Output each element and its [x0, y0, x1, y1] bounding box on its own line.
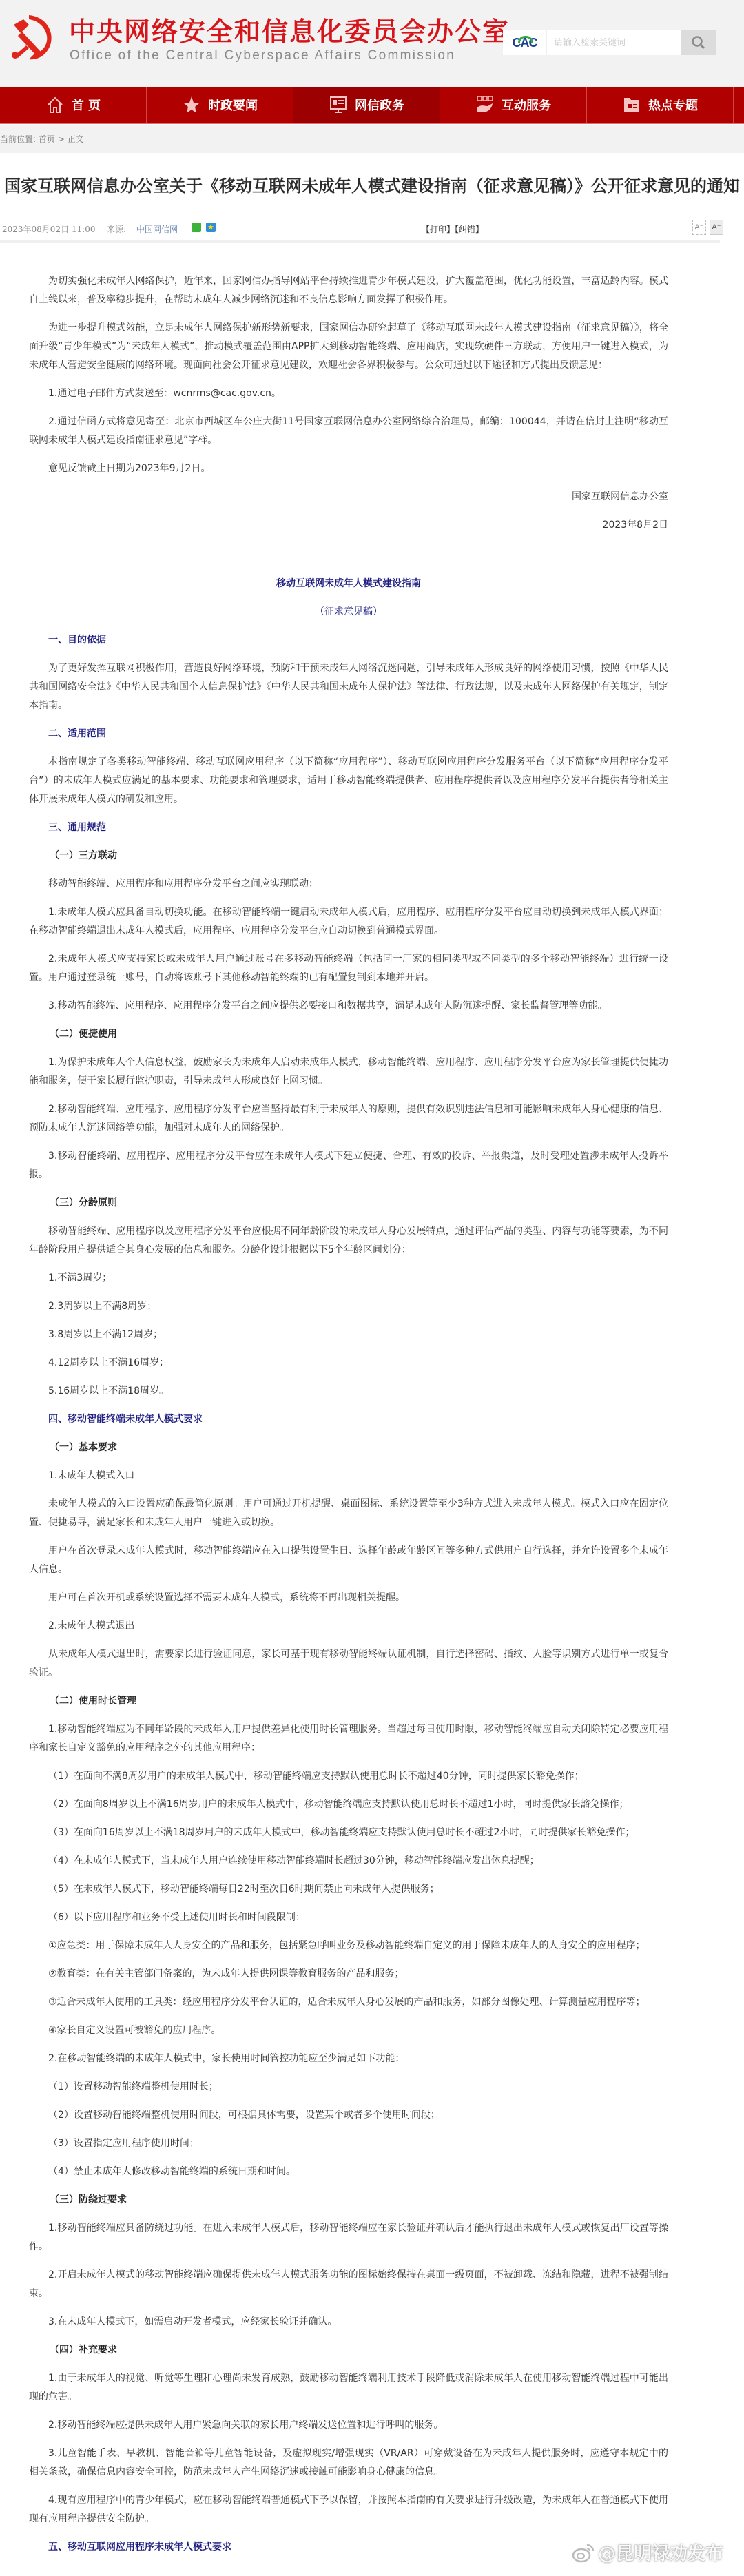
- section-heading: 三、通用规范: [29, 818, 668, 837]
- search-input[interactable]: [547, 30, 681, 55]
- nav-item-interactive-service[interactable]: 互动服务: [440, 87, 587, 123]
- list-item: （3）设置指定应用程序使用时间；: [29, 2134, 668, 2153]
- paragraph: 3.移动智能终端、应用程序、应用程序分发平台应在未成年人模式下建立便捷、合理、有…: [29, 1147, 668, 1184]
- age-group-item: 4.12周岁以上不满16周岁；: [29, 1354, 668, 1372]
- paragraph: 4.现有应用程序中的青少年模式，应在移动智能终端普通模式下予以保留，并按照本指南…: [29, 2491, 668, 2528]
- paragraph: 2.开启未成年人模式的移动智能终端应确保提供未成年人模式服务功能的图标始终保持在…: [29, 2266, 668, 2303]
- source-name: 中国网信网: [136, 223, 178, 235]
- correct-error-link[interactable]: 【纠错】: [455, 225, 484, 234]
- paragraph: 未成年人模式的入口设置应确保最简化原则。用户可通过开机提醒、桌面图标、系统设置等…: [29, 1495, 668, 1532]
- site-title: 中央网络安全和信息化委员会办公室: [69, 17, 510, 47]
- source-label: 来源:: [107, 223, 126, 235]
- wechat-share-icon[interactable]: [192, 223, 201, 232]
- subsection-heading: （一）基本要求: [29, 1439, 668, 1457]
- paragraph: 3.儿童智能手表、早教机、智能音箱等儿童智能设备，及虚拟现实/增强现实（VR/A…: [29, 2444, 668, 2482]
- nav-item-gov-affairs[interactable]: 网信政务: [293, 87, 440, 123]
- search-icon: [691, 35, 706, 50]
- paragraph: 1.通过电子邮件方式发送至：wcnrms@cac.gov.cn。: [29, 384, 668, 403]
- age-group-item: 2.3周岁以上不满8周岁；: [29, 1297, 668, 1316]
- weibo-icon: [572, 2542, 595, 2563]
- subsection-heading: （三）防绕过要求: [29, 2191, 668, 2209]
- paragraph: 为切实强化未成年人网络保护，近年来，国家网信办指导网站平台持续推进青少年模式建设…: [29, 272, 668, 309]
- list-item: （2）设置移动智能终端整机使用时间段，可根据具体需要，设置某个或者多个使用时间段…: [29, 2106, 668, 2125]
- search-box: CAC: [503, 30, 716, 55]
- list-item: ④家长自定义设置可被豁免的应用程序。: [29, 2021, 668, 2040]
- site-subtitle: Office of the Central Cyberspace Affairs…: [70, 48, 455, 63]
- paragraph: 2.移动智能终端、应用程序、应用程序分发平台应当坚持最有利于未成年人的原则，提供…: [29, 1100, 668, 1137]
- font-increase-button[interactable]: A⁺: [710, 220, 723, 235]
- paragraph: 1.移动智能终端应具备防绕过功能。在进入未成年人模式后，移动智能终端应在家长验证…: [29, 2219, 668, 2256]
- section-heading: 二、适用范围: [29, 725, 668, 743]
- paragraph: 2.通过信函方式将意见寄至：北京市西城区车公庄大街11号国家互联网信息办公室网络…: [29, 413, 668, 450]
- paragraph: 1.未成年人模式应具备自动切换功能。在移动智能终端一键启动未成年人模式后，应用程…: [29, 903, 668, 940]
- paragraph: 本指南规定了各类移动智能终端、移动互联网应用程序（以下简称“应用程序”）、移动互…: [29, 753, 668, 809]
- list-item: ①应急类：用于保障未成年人人身安全的产品和服务，包括紧急呼叫业务及移动智能终端自…: [29, 1937, 668, 1955]
- section-heading: 一、目的依据: [29, 631, 668, 650]
- folder-icon: [622, 95, 641, 114]
- paragraph: 2.未成年人模式应支持家长或未成年人用户通过账号在多移动智能终端（包括同一厂家的…: [29, 950, 668, 987]
- site-header: 中央网络安全和信息化委员会办公室 Office of the Central C…: [0, 0, 744, 87]
- breadcrumb-label: 当前位置:: [0, 134, 36, 144]
- list-item: ③适合未成年人使用的工具类：经应用程序分发平台认证的，适合未成年人身心发展的产品…: [29, 1993, 668, 2012]
- print-link[interactable]: 【打印】: [422, 225, 455, 234]
- breadcrumb-home-link[interactable]: 首页: [39, 134, 55, 144]
- search-button[interactable]: [681, 30, 716, 55]
- home-icon: [45, 95, 65, 114]
- nav-item-news[interactable]: 时政要闻: [147, 87, 293, 123]
- star-icon: [182, 95, 201, 114]
- article-meta: 2023年08月02日 11:00 来源: 中国网信网 ★ 【打印】【纠错】 A…: [0, 219, 720, 238]
- subsection-heading: （二）便捷使用: [29, 1025, 668, 1044]
- watermark: @昆明禄劝发布: [572, 2539, 723, 2565]
- article-body: 为切实强化未成年人网络保护，近年来，国家网信办指导网站平台持续推进青少年模式建设…: [29, 272, 668, 2566]
- list-item: ②教育类：在有关主管部门备案的，为未成年人提供网课等教育服务的产品和服务；: [29, 1965, 668, 1983]
- paragraph: 用户在首次登录未成年人模式时，移动智能终端应在入口提供设置生日、选择年龄或年龄区…: [29, 1542, 668, 1579]
- hand-service-icon: [475, 95, 495, 114]
- subsection-heading: （二）使用时长管理: [29, 1692, 668, 1711]
- paragraph: 2.在移动智能终端的未成年人模式中，家长使用时间管控功能应至少满足如下功能：: [29, 2050, 668, 2068]
- paragraph: 为进一步提升模式效能，立足未成年人网络保护新形势新要求，国家网信办研究起草了《移…: [29, 319, 668, 375]
- paragraph: 1.为保护未成年人个人信息权益，鼓励家长为未成年人启动未成年人模式，移动智能终端…: [29, 1053, 668, 1091]
- party-emblem-icon: [8, 12, 58, 62]
- nav-item-home[interactable]: 首 页: [0, 87, 147, 123]
- subsection-heading: （一）三方联动: [29, 847, 668, 865]
- list-item: （1）设置移动智能终端整机使用时长；: [29, 2078, 668, 2096]
- list-item: （4）禁止未成年人修改移动智能终端的系统日期和时间。: [29, 2163, 668, 2181]
- paragraph: 为了更好发挥互联网积极作用，营造良好网络环境，预防和干预未成年人网络沉迷问题，引…: [29, 659, 668, 715]
- paragraph: 1.移动智能终端应为不同年龄段的未成年人用户提供差异化使用时长管理服务。当超过每…: [29, 1720, 668, 1758]
- publish-datetime: 2023年08月02日 11:00: [2, 223, 95, 235]
- signature-date: 2023年8月2日: [29, 516, 668, 535]
- list-item: （1）在面向不满8周岁用户的未成年人模式中，移动智能终端应支持默认使用总时长不超…: [29, 1767, 668, 1786]
- qzone-share-icon[interactable]: ★: [206, 223, 216, 232]
- paragraph: 用户可在首次开机或系统设置选择不需要未成年人模式，系统将不再出现相关提醒。: [29, 1589, 668, 1607]
- signature: 国家互联网信息办公室: [29, 488, 668, 506]
- guide-title: 移动互联网未成年人模式建设指南: [29, 575, 668, 593]
- breadcrumb-current: 正文: [68, 134, 84, 144]
- paragraph: 移动智能终端、应用程序以及应用程序分发平台应根据不同年龄阶段的未成年人身心发展特…: [29, 1222, 668, 1259]
- age-group-item: 3.8周岁以上不满12周岁；: [29, 1326, 668, 1344]
- divider: [0, 240, 720, 243]
- subsection-heading: （三）分龄原则: [29, 1194, 668, 1213]
- section-heading: 四、移动智能终端未成年人模式要求: [29, 1410, 668, 1429]
- paragraph: 1.由于未成年人的视觉、听觉等生理和心理尚未发育成熟，鼓励移动智能终端利用技术手…: [29, 2369, 668, 2407]
- font-decrease-button[interactable]: A⁻: [692, 220, 706, 235]
- monitor-icon: [329, 95, 348, 114]
- paragraph: 3.在未成年人模式下，如需启动开发者模式，应经家长验证并确认。: [29, 2313, 668, 2331]
- paragraph: 意见反馈截止日期为2023年9月2日。: [29, 460, 668, 478]
- paragraph: 2.移动智能终端应提供未成年人用户紧急向关联的家长用户终端发送位置和进行呼叫的服…: [29, 2416, 668, 2435]
- list-item: （6）以下应用程序和业务不受上述使用时长和时间段限制：: [29, 1908, 668, 1927]
- main-nav: 首 页 时政要闻 网信政务 互动服务 热点专题: [0, 87, 744, 124]
- age-group-item: 5.16周岁以上不满18周岁。: [29, 1382, 668, 1401]
- subsection-heading: （四）补充要求: [29, 2341, 668, 2360]
- list-item: （3）在面向16周岁以上不满18周岁用户的未成年人模式中，移动智能终端应支持默认…: [29, 1824, 668, 1842]
- paragraph: 移动智能终端、应用程序和应用程序分发平台之间应实现联动：: [29, 875, 668, 894]
- cac-logo: CAC: [503, 30, 547, 55]
- paragraph: 3.移动智能终端、应用程序、应用程序分发平台之间应提供必要接口和数据共享，满足未…: [29, 997, 668, 1016]
- list-item: （2）在面向8周岁以上不满16周岁用户的未成年人模式中，移动智能终端应支持默认使…: [29, 1795, 668, 1814]
- article-title: 国家互联网信息办公室关于《移动互联网未成年人模式建设指南（征求意见稿）》公开征求…: [0, 174, 744, 198]
- paragraph: 2.未成年人模式退出: [29, 1617, 668, 1636]
- guide-subtitle: （征求意见稿）: [29, 603, 668, 621]
- list-item: （4）在未成年人模式下，当未成年人用户连续使用移动智能终端时长超过30分钟，移动…: [29, 1852, 668, 1871]
- nav-item-hot-topics[interactable]: 热点专题: [587, 87, 734, 123]
- paragraph: 1.未成年人模式入口: [29, 1467, 668, 1485]
- list-item: （5）在未成年人模式下，移动智能终端每日22时至次日6时期间禁止向未成年人提供服…: [29, 1880, 668, 1899]
- breadcrumb: 当前位置: 首页 > 正文: [0, 125, 744, 153]
- paragraph: 从未成年人模式退出时，需要家长进行验证同意，家长可基于现有移动智能终端认证机制，…: [29, 1645, 668, 1682]
- age-group-item: 1.不满3周岁；: [29, 1269, 668, 1288]
